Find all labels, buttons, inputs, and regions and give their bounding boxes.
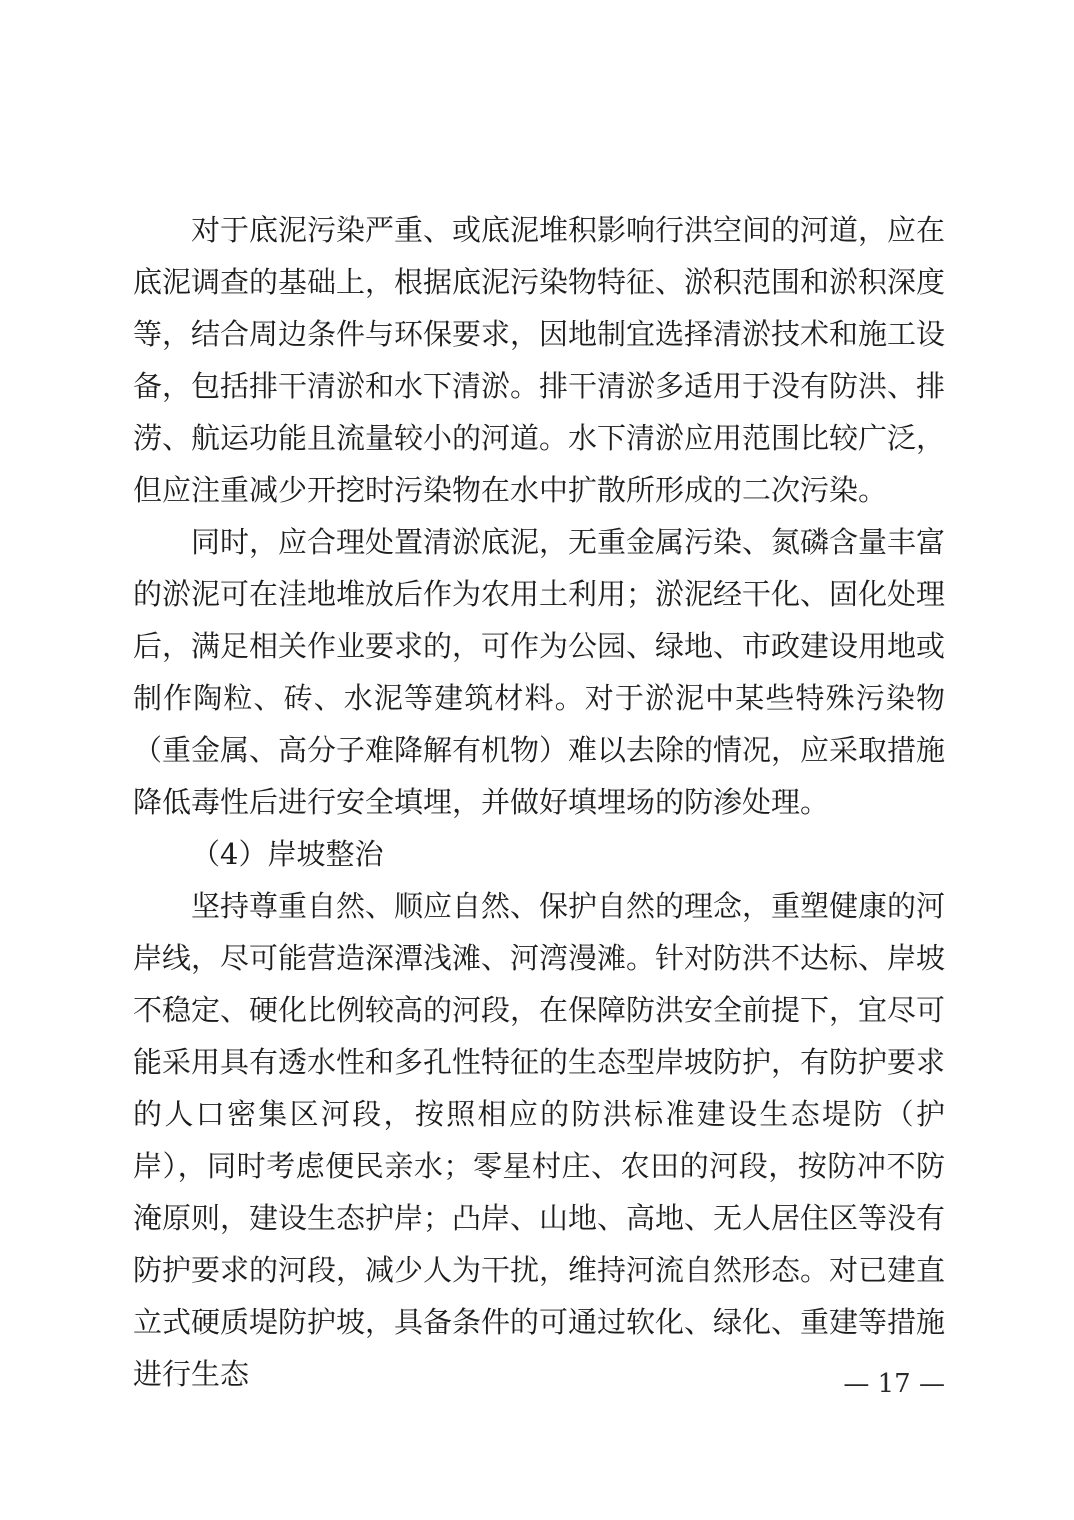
text-content-area: 对于底泥污染严重、或底泥堆积影响行洪空间的河道，应在底泥调查的基础上，根据底泥污…: [133, 204, 945, 1400]
document-page: 对于底泥污染严重、或底泥堆积影响行洪空间的河道，应在底泥调查的基础上，根据底泥污…: [0, 0, 1074, 1520]
body-paragraph-bank-slope-measures: 坚持尊重自然、顺应自然、保护自然的理念，重塑健康的河岸线，尽可能营造深潭浅滩、河…: [133, 880, 945, 1400]
section-heading-bank-slope-remediation: （4）岸坡整治: [133, 828, 945, 880]
page-number-footer: — 17 —: [843, 1368, 945, 1400]
body-paragraph-dredging-selection: 对于底泥污染严重、或底泥堆积影响行洪空间的河道，应在底泥调查的基础上，根据底泥污…: [133, 204, 945, 516]
body-paragraph-sediment-disposal: 同时，应合理处置清淤底泥，无重金属污染、氮磷含量丰富的淤泥可在洼地堆放后作为农用…: [133, 516, 945, 828]
